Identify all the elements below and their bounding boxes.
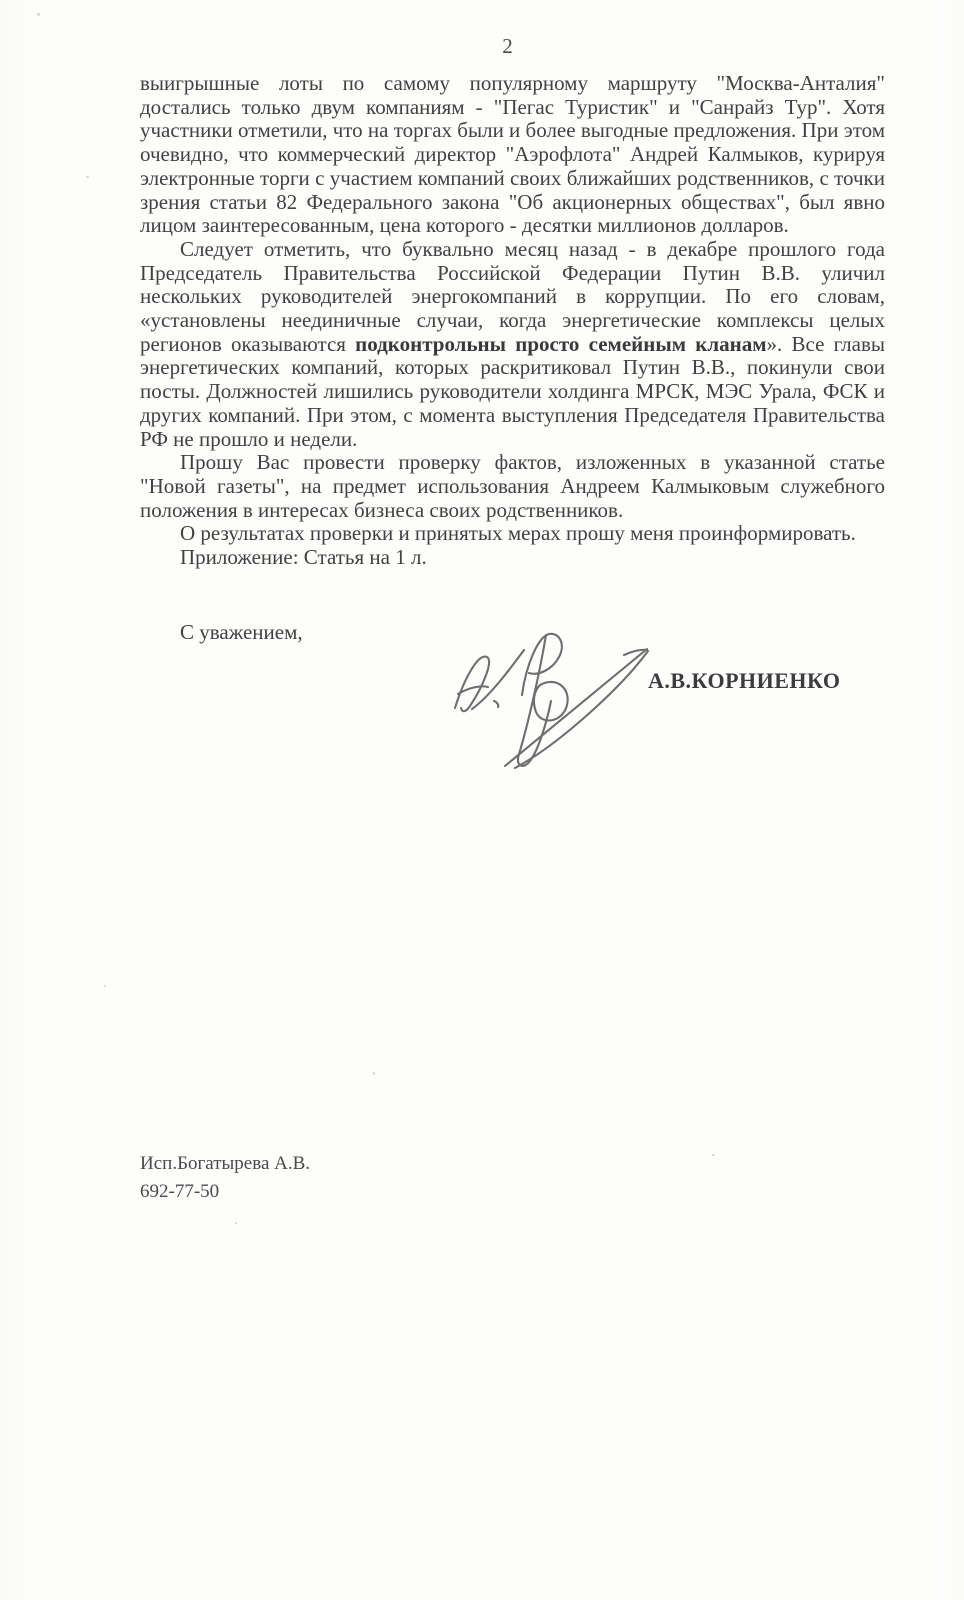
paragraph-3: Прошу Вас провести проверку фактов, изло… bbox=[140, 451, 885, 522]
signatory-name: А.В.КОРНИЕНКО bbox=[648, 668, 841, 694]
executor-block: Исп.Богатырева А.В. 692-77-50 bbox=[140, 1150, 310, 1206]
scan-speck bbox=[373, 1072, 375, 1075]
page-number: 2 bbox=[140, 34, 875, 59]
paragraph-5-attachment: Приложение: Статья на 1 л. bbox=[140, 546, 885, 570]
executor-name: Исп.Богатырева А.В. bbox=[140, 1150, 310, 1178]
scan-speck bbox=[104, 985, 106, 987]
paragraph-4: О результатах проверки и принятых мерах … bbox=[140, 522, 885, 546]
document-page: 2 выигрышные лоты по самому популярному … bbox=[0, 0, 964, 1600]
handwritten-signature bbox=[428, 593, 668, 788]
scan-speck bbox=[86, 176, 89, 178]
letter-body: выигрышные лоты по самому популярному ма… bbox=[140, 72, 885, 644]
paragraph-2: Следует отметить, что буквально месяц на… bbox=[140, 238, 885, 451]
paragraph-1: выигрышные лоты по самому популярному ма… bbox=[140, 72, 885, 238]
scan-speck bbox=[712, 1154, 715, 1156]
executor-phone: 692-77-50 bbox=[140, 1178, 310, 1206]
scan-speck bbox=[37, 13, 40, 16]
paragraph-2-bold-text: подконтрольны просто семейным кланам bbox=[355, 332, 766, 356]
scan-speck bbox=[235, 1222, 237, 1224]
